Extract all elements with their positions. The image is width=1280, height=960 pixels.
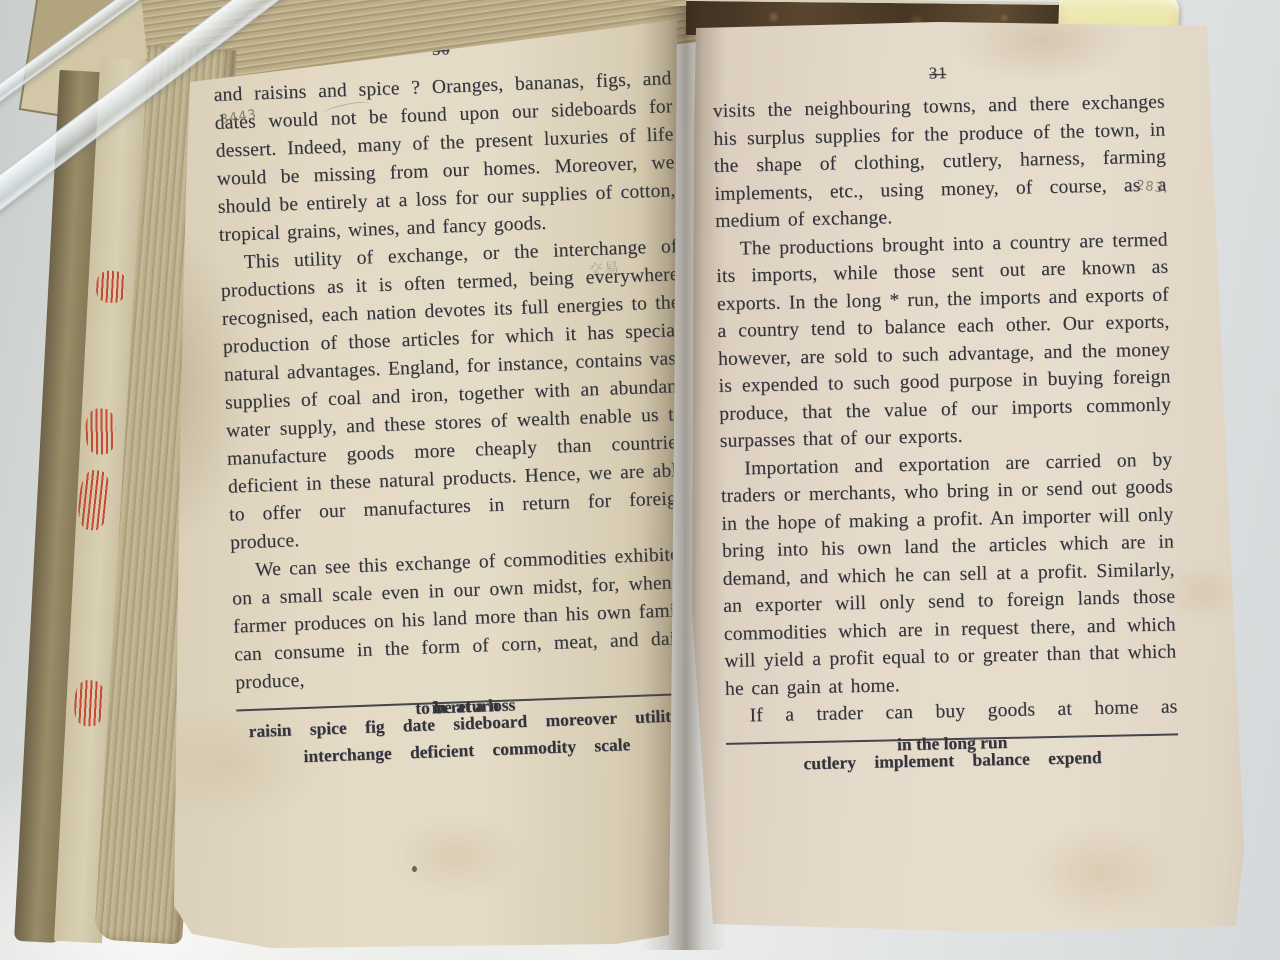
- page-31-content: — 31 — visits the neighbouring towns, an…: [712, 59, 1179, 779]
- paragraph: visits the neighbouring towns, and there…: [713, 89, 1168, 236]
- book-photo: — 30 — and raisins and spice ? Oranges, …: [0, 0, 1280, 960]
- paragraph: We can see this exchange of commodities …: [231, 541, 694, 698]
- phrase-gloss: in the long run: [897, 731, 1008, 754]
- pencil-annotation: 交易: [587, 257, 621, 281]
- page-30: — 30 — and raisins and spice ? Oranges, …: [150, 10, 680, 950]
- page-number-header: — 31 —: [712, 59, 1164, 68]
- paragraph: The productions brought into a country a…: [716, 226, 1173, 455]
- ink-speck: [412, 866, 417, 872]
- red-edge-mark: [85, 408, 116, 455]
- header-dash: —: [929, 63, 947, 83]
- page-31: — 31 — visits the neighbouring towns, an…: [688, 12, 1260, 947]
- page-30-content: — 30 — and raisins and spice ? Oranges, …: [212, 31, 696, 772]
- paragraph: and raisins and spice ? Oranges, bananas…: [213, 65, 677, 250]
- phrase-gloss: in return: [431, 695, 499, 718]
- paragraph: This utility of exchange, or the interch…: [219, 233, 688, 558]
- paragraph: Importation and exportation are carried …: [720, 446, 1177, 703]
- red-edge-mark: [96, 270, 128, 304]
- red-edge-mark: [76, 469, 112, 532]
- red-edge-mark: [73, 680, 105, 728]
